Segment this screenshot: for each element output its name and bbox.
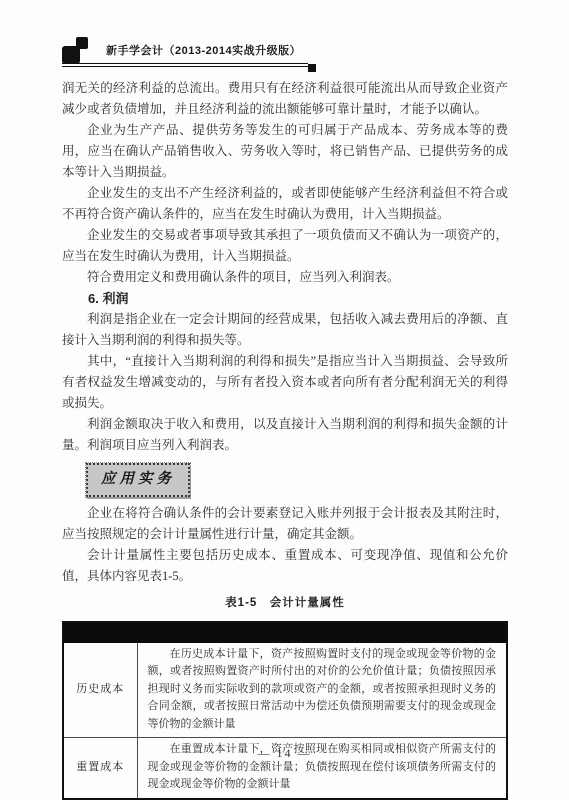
book-title: 新手学会计（2013-2014实战升级版） <box>106 42 301 58</box>
definition-cell: 在历史成本计量下，资产按照购置时支付的现金或现金等价物的金额，或者按照购置资产时… <box>137 642 507 738</box>
rule-end-square-icon <box>308 64 316 72</box>
paragraph: 符合费用定义和费用确认条件的项目，应当列入利润表。 <box>62 267 508 288</box>
page-number: — 14 — <box>0 746 569 761</box>
paragraph: 其中，“直接计入当期利润的利得和损失”是指应当计入当期损益、会导致所有者权益发生… <box>62 351 508 414</box>
publisher-logo-icon <box>62 36 98 64</box>
table-header-bar <box>63 622 507 642</box>
paragraph: 企业在将符合确认条件的会计要素登记入账并列报于会计报表及其附注时，应当按照规定的… <box>62 503 508 545</box>
table-caption: 表1-5 会计计量属性 <box>62 593 508 614</box>
section-heading-profit: 6. 利润 <box>62 288 508 309</box>
page-body: 润无关的经济利益的总流出。费用只有在经济利益很可能流出从而导致企业资产减少或者负… <box>62 78 508 800</box>
applied-practice-badge: 应用实务 <box>86 463 190 497</box>
term-cell: 历史成本 <box>63 642 137 738</box>
paragraph: 润无关的经济利益的总流出。费用只有在经济利益很可能流出从而导致企业资产减少或者负… <box>62 78 508 120</box>
measurement-attributes-table: 历史成本 在历史成本计量下，资产按照购置时支付的现金或现金等价物的金额，或者按照… <box>62 621 508 800</box>
paragraph: 企业为生产产品、提供劳务等发生的可归属于产品成本、劳务成本等的费用，应当在确认产… <box>62 120 508 183</box>
running-head: 新手学会计（2013-2014实战升级版） <box>62 36 308 67</box>
paragraph: 利润是指企业在一定会计期间的经营成果，包括收入减去费用后的净额、直接计入当期利润… <box>62 309 508 351</box>
paragraph: 企业发生的支出不产生经济利益的，或者即使能够产生经济利益但不符合或不再符合资产确… <box>62 183 508 225</box>
paragraph: 利润金额取决于收入和费用，以及直接计入当期利润的利得和损失金额的计量。利润项目应… <box>62 414 508 456</box>
paragraph: 企业发生的交易或者事项导致其承担了一项负债而又不确认为一项资产的，应当在发生时确… <box>62 225 508 267</box>
table-row: 历史成本 在历史成本计量下，资产按照购置时支付的现金或现金等价物的金额，或者按照… <box>63 642 507 738</box>
header-rule <box>62 63 308 67</box>
definition-text: 在历史成本计量下，资产按照购置时支付的现金或现金等价物的金额，或者按照购置资产时… <box>148 646 497 734</box>
paragraph: 会计计量属性主要包括历史成本、重置成本、可变现净值、现值和公允价值，具体内容见表… <box>62 545 508 587</box>
book-page: 新手学会计（2013-2014实战升级版） 润无关的经济利益的总流出。费用只有在… <box>0 0 569 800</box>
